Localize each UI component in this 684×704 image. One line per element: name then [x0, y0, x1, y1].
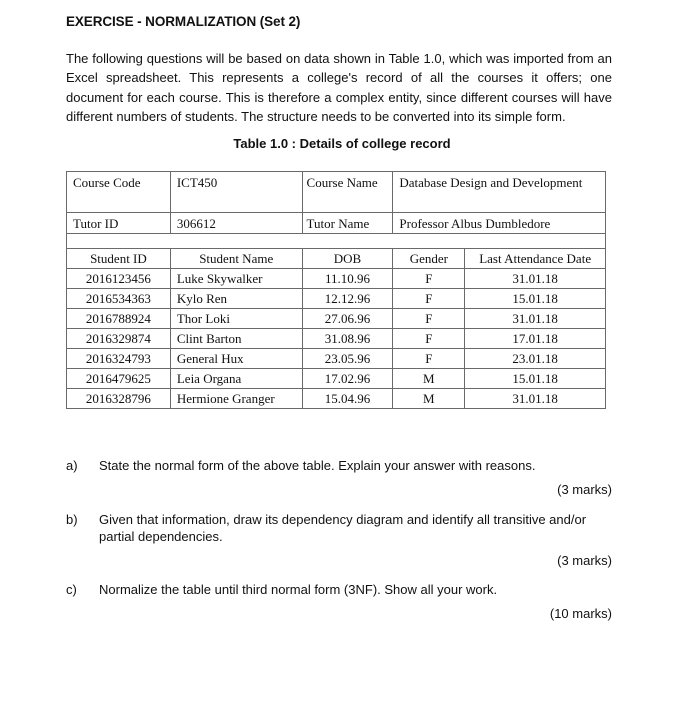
question-text: State the normal form of the above table…	[99, 457, 612, 474]
table-row: 2016534363Kylo Ren12.12.96F15.01.18	[67, 289, 606, 309]
cell-student-name: Kylo Ren	[170, 289, 302, 309]
cell-student-name: Hermione Granger	[170, 389, 302, 409]
table-row: 2016479625Leia Organa17.02.96M15.01.18	[67, 369, 606, 389]
cell-student-id: 2016534363	[67, 289, 171, 309]
cell-student-id: 2016328796	[67, 389, 171, 409]
header-gender: Gender	[393, 249, 465, 269]
intro-paragraph: The following questions will be based on…	[66, 49, 612, 126]
header-student-name: Student Name	[170, 249, 302, 269]
cell-dob: 12.12.96	[302, 289, 393, 309]
cell-gender: F	[393, 309, 465, 329]
course-details-table: Course Code ICT450 Course Name Database …	[66, 171, 606, 234]
question-b: b) Given that information, draw its depe…	[66, 511, 612, 569]
cell-last-attendance: 17.01.18	[465, 329, 606, 349]
student-header-row: Student ID Student Name DOB Gender Last …	[67, 249, 606, 269]
cell-student-id: 2016123456	[67, 269, 171, 289]
exercise-title: EXERCISE - NORMALIZATION (Set 2)	[66, 14, 300, 29]
cell-dob: 31.08.96	[302, 329, 393, 349]
course-code-value: ICT450	[170, 172, 302, 213]
cell-last-attendance: 23.01.18	[465, 349, 606, 369]
question-a: a) State the normal form of the above ta…	[66, 457, 612, 498]
student-table: Student ID Student Name DOB Gender Last …	[66, 248, 606, 409]
cell-dob: 11.10.96	[302, 269, 393, 289]
cell-gender: M	[393, 369, 465, 389]
question-marks: (3 marks)	[66, 552, 612, 569]
cell-student-name: Thor Loki	[170, 309, 302, 329]
cell-last-attendance: 15.01.18	[465, 289, 606, 309]
cell-student-name: General Hux	[170, 349, 302, 369]
table-row: 2016324793General Hux23.05.96F23.01.18	[67, 349, 606, 369]
table-caption: Table 1.0 : Details of college record	[0, 136, 684, 151]
cell-last-attendance: 31.01.18	[465, 309, 606, 329]
question-marks: (10 marks)	[66, 605, 612, 622]
question-text: Normalize the table until third normal f…	[99, 581, 612, 598]
cell-student-name: Leia Organa	[170, 369, 302, 389]
cell-student-name: Luke Skywalker	[170, 269, 302, 289]
cell-gender: F	[393, 349, 465, 369]
cell-dob: 23.05.96	[302, 349, 393, 369]
question-marks: (3 marks)	[66, 481, 612, 498]
cell-dob: 17.02.96	[302, 369, 393, 389]
cell-last-attendance: 15.01.18	[465, 369, 606, 389]
cell-student-id: 2016788924	[67, 309, 171, 329]
header-dob: DOB	[302, 249, 393, 269]
cell-last-attendance: 31.01.18	[465, 389, 606, 409]
cell-student-name: Clint Barton	[170, 329, 302, 349]
question-label: c)	[66, 581, 77, 598]
table-row: 2016788924Thor Loki27.06.96F31.01.18	[67, 309, 606, 329]
course-row: Course Code ICT450 Course Name Database …	[67, 172, 606, 213]
course-name-value: Database Design and Development	[393, 172, 606, 213]
cell-gender: F	[393, 269, 465, 289]
cell-gender: F	[393, 329, 465, 349]
header-last-attendance: Last Attendance Date	[465, 249, 606, 269]
table-row: 2016123456Luke Skywalker11.10.96F31.01.1…	[67, 269, 606, 289]
cell-dob: 27.06.96	[302, 309, 393, 329]
cell-student-id: 2016329874	[67, 329, 171, 349]
cell-student-id: 2016324793	[67, 349, 171, 369]
cell-gender: F	[393, 289, 465, 309]
question-label: a)	[66, 457, 78, 474]
cell-dob: 15.04.96	[302, 389, 393, 409]
question-text: Given that information, draw its depende…	[99, 511, 612, 545]
cell-gender: M	[393, 389, 465, 409]
table-row: 2016328796Hermione Granger15.04.96M31.01…	[67, 389, 606, 409]
cell-student-id: 2016479625	[67, 369, 171, 389]
cell-last-attendance: 31.01.18	[465, 269, 606, 289]
table-spacer-row	[66, 231, 606, 248]
course-name-label: Course Name	[302, 172, 393, 213]
course-code-label: Course Code	[67, 172, 171, 213]
table-row: 2016329874Clint Barton31.08.96F17.01.18	[67, 329, 606, 349]
question-label: b)	[66, 511, 78, 528]
question-c: c) Normalize the table until third norma…	[66, 581, 612, 622]
header-student-id: Student ID	[67, 249, 171, 269]
